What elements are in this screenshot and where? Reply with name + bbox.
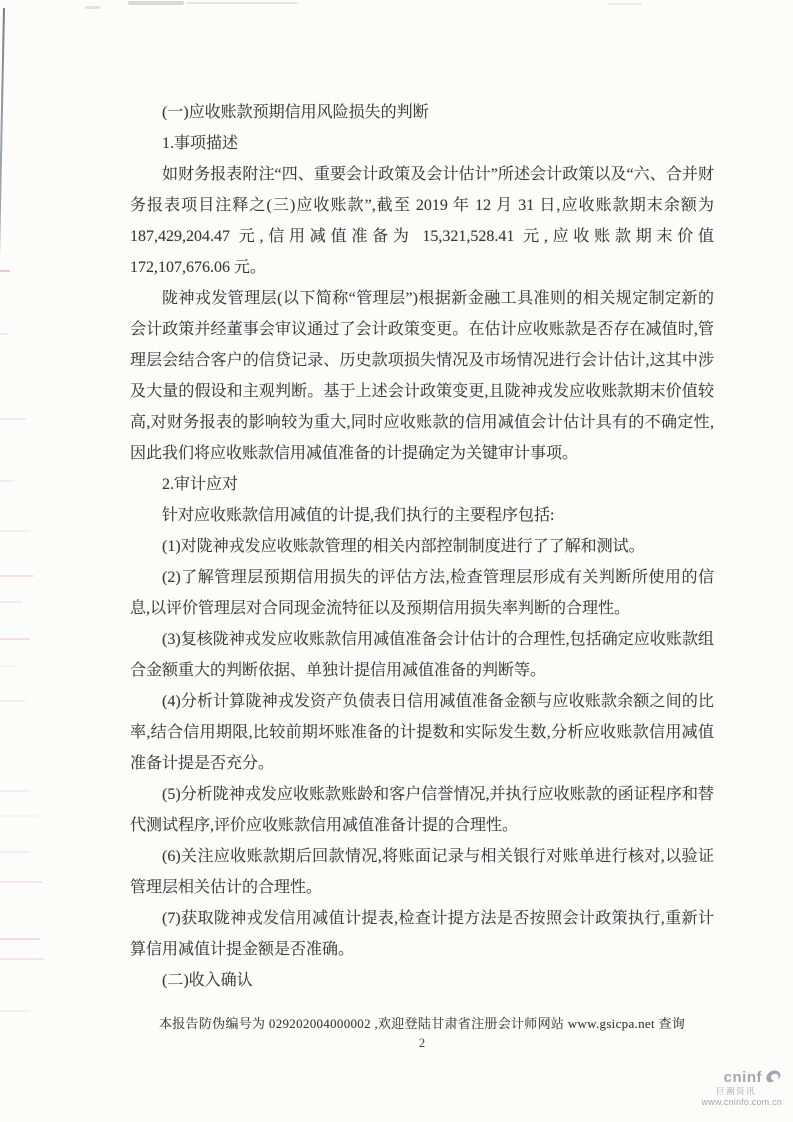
section-2-heading: (二)收入确认 bbox=[130, 965, 714, 996]
scan-smudge-artifact bbox=[85, 6, 100, 9]
procedure-item-4: (4)分析计算陇神戎发资产负债表日信用减值准备金额与应收账款余额之间的比率,结合… bbox=[130, 686, 714, 779]
bleedthrough-tick-artifact bbox=[0, 881, 42, 883]
bleedthrough-tick-artifact bbox=[0, 665, 18, 667]
bleedthrough-tick-artifact bbox=[0, 530, 30, 532]
bleedthrough-tick-artifact bbox=[0, 270, 10, 272]
bleedthrough-tick-artifact bbox=[0, 958, 44, 960]
bleedthrough-tick-artifact bbox=[0, 638, 30, 640]
bleedthrough-tick-artifact bbox=[0, 601, 22, 603]
bleedthrough-tick-artifact bbox=[0, 851, 30, 853]
cninfo-chinese-name: 巨潮资讯 bbox=[702, 1087, 756, 1096]
scanned-document-page: (一)应收账款预期信用风险损失的判断 1.事项描述 如财务报表附注“四、重要会计… bbox=[0, 0, 793, 1122]
cninfo-url: www.cninfo.com.cn bbox=[702, 1097, 782, 1108]
paragraph-management-policy: 陇神戎发管理层(以下简称“管理层”)根据新金融工具准则的相关规定制定新的会计政策… bbox=[130, 283, 714, 469]
scan-edge-line-artifact bbox=[0, 8, 5, 1122]
report-body: (一)应收账款预期信用风险损失的判断 1.事项描述 如财务报表附注“四、重要会计… bbox=[130, 97, 714, 996]
bleedthrough-tick-artifact bbox=[0, 418, 26, 420]
cninfo-brand-text: cninf bbox=[724, 1071, 762, 1085]
bleedthrough-tick-artifact bbox=[0, 700, 26, 702]
section-1-heading: (一)应收账款预期信用风险损失的判断 bbox=[130, 97, 714, 128]
anti-fraud-footer-note: 本报告防伪编号为 029202004000002 ,欢迎登陆甘肃省注册会计师网站… bbox=[130, 1013, 714, 1032]
procedure-item-3: (3)复核陇神戎发应收账款信用减值准备会计估计的合理性,包括确定应收账款组合金额… bbox=[130, 624, 714, 686]
audit-response-heading: 2.审计应对 bbox=[130, 469, 714, 500]
scan-smudge-artifact bbox=[128, 1, 184, 5]
procedure-item-6: (6)关注应收账款期后回款情况,将账面记录与相关银行对账单进行核对,以验证管理层… bbox=[130, 841, 714, 903]
procedure-item-7: (7)获取陇神戎发信用减值计提表,检查计提方法是否按照会计政策执行,重新计算信用… bbox=[130, 903, 714, 965]
cninfo-watermark: cninf 巨潮资讯 www.cninfo.com.cn bbox=[702, 1069, 782, 1108]
procedure-item-1: (1)对陇神戎发应收账款管理的相关内部控制制度进行了了解和测试。 bbox=[130, 531, 714, 562]
bleedthrough-tick-artifact bbox=[0, 938, 40, 940]
bleedthrough-tick-artifact bbox=[0, 575, 34, 577]
bleedthrough-tick-artifact bbox=[0, 1010, 30, 1012]
procedure-item-2: (2)了解管理层预期信用损失的评估方法,检查管理层形成有关判断所使用的信息,以评… bbox=[130, 562, 714, 624]
paragraph-balance-figures: 如财务报表附注“四、重要会计政策及会计估计”所述会计政策以及“六、合并财务报表项… bbox=[130, 159, 714, 283]
bleedthrough-tick-artifact bbox=[0, 480, 14, 482]
item-description-heading: 1.事项描述 bbox=[130, 128, 714, 159]
procedures-intro: 针对应收账款信用减值的计提,我们执行的主要程序包括: bbox=[130, 500, 714, 531]
bleedthrough-tick-artifact bbox=[0, 333, 8, 335]
scan-smudge-artifact bbox=[186, 2, 298, 4]
bleedthrough-tick-artifact bbox=[0, 815, 38, 817]
procedure-item-5: (5)分析陇神戎发应收账款账龄和客户信誉情况,并执行应收账款的函证程序和替代测试… bbox=[130, 779, 714, 841]
scan-smudge-artifact bbox=[608, 3, 642, 5]
cninfo-swirl-icon bbox=[765, 1069, 782, 1086]
page-number: 2 bbox=[130, 1036, 714, 1051]
bleedthrough-tick-artifact bbox=[0, 790, 30, 792]
